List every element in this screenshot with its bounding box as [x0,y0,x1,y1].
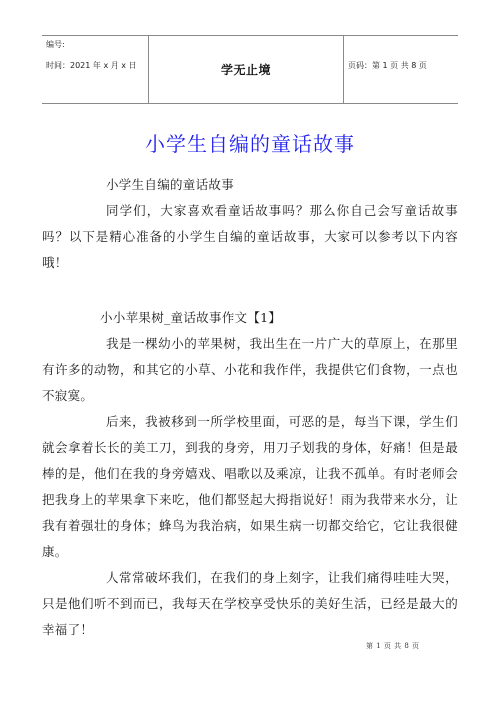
header-motto: 学无止境 [221,61,271,78]
footer-page-indicator: 第 1 页 共 8 页 [366,641,420,651]
header-page-number: 页码：第 1 页 共 8 页 [348,60,427,71]
document-subtitle: 小学生自编的童话故事 [42,172,458,198]
header-middle-cell: 学无止境 [148,36,344,103]
story-paragraph: 后来，我被移到一所学校里面，可恶的是，每当下课，学生们就会拿着长长的美工刀，到我… [42,409,458,565]
story-paragraph: 人常常破坏我们，在我们的身上刻字，让我们痛得哇哇大哭，只是他们听不到而已，我每天… [42,565,458,643]
document-number-label: 编号: [46,39,65,50]
intro-block: 小学生自编的童话故事 同学们，大家喜欢看童话故事吗？那么你自己会写童话故事吗？以… [42,172,458,276]
intro-paragraph: 同学们，大家喜欢看童话故事吗？那么你自己会写童话故事吗？以下是精心准备的小学生自… [42,198,458,276]
document-title: 小学生自编的童话故事 [0,128,500,157]
header-right-cell: 页码：第 1 页 共 8 页 [344,36,458,103]
header-left-cell: 编号: 时间：2021 年 x 月 x 日 [42,36,148,103]
section-heading: 小小苹果树_童话故事作文【1】 [42,305,458,331]
document-header-table: 编号: 时间：2021 年 x 月 x 日 学无止境 页码：第 1 页 共 8 … [42,35,458,104]
story-block: 小小苹果树_童话故事作文【1】 我是一棵幼小的苹果树，我出生在一片广大的草原上，… [42,305,458,643]
story-paragraph: 我是一棵幼小的苹果树，我出生在一片广大的草原上，在那里有许多的动物，和其它的小草… [42,331,458,409]
document-time-label: 时间：2021 年 x 月 x 日 [46,60,137,71]
